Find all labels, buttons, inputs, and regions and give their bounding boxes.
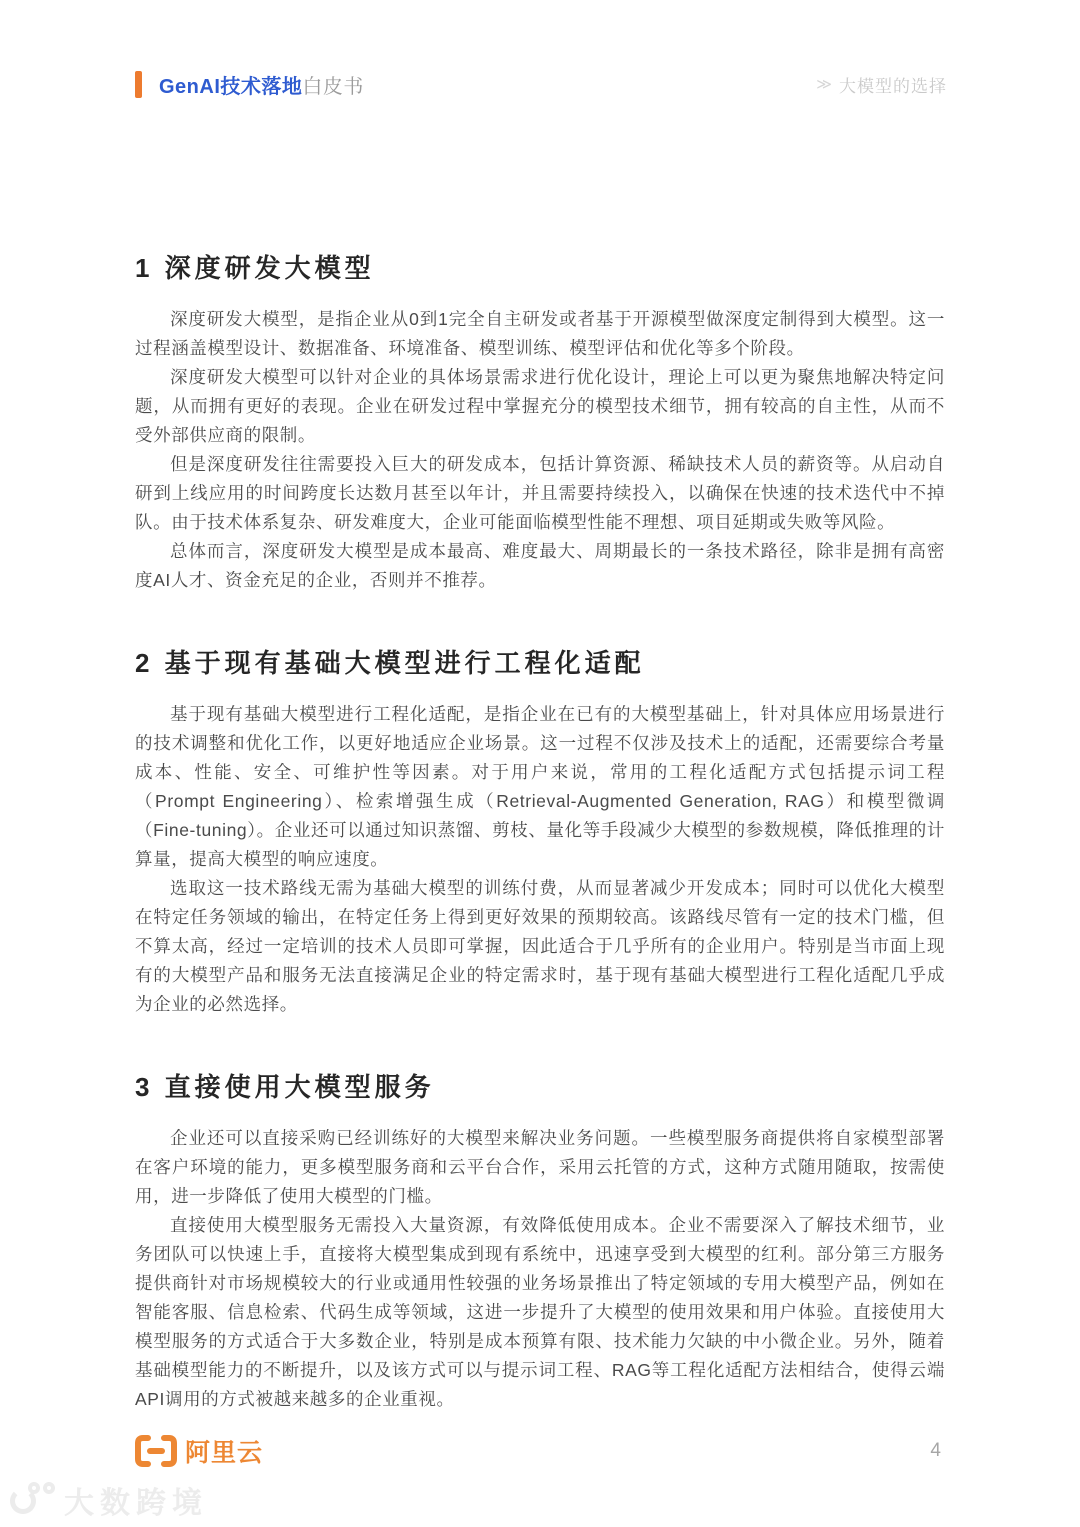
chapter-title: 大模型的选择 (839, 72, 947, 97)
paragraph: 深度研发大模型，是指企业从0到1完全自主研发或者基于开源模型做深度定制得到大模型… (135, 305, 945, 363)
paragraph: 直接使用大模型服务无需投入大量资源，有效降低使用成本。企业不需要深入了解技术细节… (135, 1211, 945, 1414)
paragraph: 总体而言，深度研发大模型是成本最高、难度最大、周期最长的一条技术路径，除非是拥有… (135, 537, 945, 595)
document-title: GenAI技术落地 白皮书 (135, 70, 364, 99)
paragraph: 深度研发大模型可以针对企业的具体场景需求进行优化设计，理论上可以更为聚焦地解决特… (135, 363, 945, 450)
chapter-breadcrumb: ≫ 大模型的选择 (816, 72, 947, 97)
paragraph: 但是深度研发往往需要投入巨大的研发成本，包括计算资源、稀缺技术人员的薪资等。从启… (135, 450, 945, 537)
section-heading: 1 深度研发大模型 (135, 248, 945, 285)
document-body: 1 深度研发大模型 深度研发大模型，是指企业从0到1完全自主研发或者基于开源模型… (135, 248, 945, 1414)
accent-bar (135, 71, 142, 98)
paragraph: 选取这一技术路线无需为基础大模型的训练付费，从而显著减少开发成本；同时可以优化大… (135, 874, 945, 1019)
watermark-text: 大数跨境 (64, 1478, 208, 1522)
paragraph: 企业还可以直接采购已经训练好的大模型来解决业务问题。一些模型服务商提供将自家模型… (135, 1124, 945, 1211)
alibaba-cloud-logo-text: 阿里云 (185, 1433, 263, 1469)
section-direct-service: 3 直接使用大模型服务 企业还可以直接采购已经训练好的大模型来解决业务问题。一些… (135, 1067, 945, 1414)
section-engineering-adaptation: 2 基于现有基础大模型进行工程化适配 基于现有基础大模型进行工程化适配，是指企业… (135, 643, 945, 1019)
watermark: 大数跨境 (10, 1478, 208, 1522)
page-number: 4 (930, 1440, 947, 1462)
document-title-primary: GenAI技术落地 (159, 70, 302, 99)
alibaba-cloud-logo: 阿里云 (133, 1432, 263, 1470)
section-heading: 3 直接使用大模型服务 (135, 1067, 945, 1104)
section-deep-rnd: 1 深度研发大模型 深度研发大模型，是指企业从0到1完全自主研发或者基于开源模型… (135, 248, 945, 595)
section-heading: 2 基于现有基础大模型进行工程化适配 (135, 643, 945, 680)
document-title-secondary: 白皮书 (302, 70, 364, 99)
chevron-right-icon: ≫ (816, 75, 831, 93)
paragraph: 基于现有基础大模型进行工程化适配，是指企业在已有的大模型基础上，针对具体应用场景… (135, 700, 945, 874)
watermark-logo-icon (10, 1482, 54, 1518)
page-footer: 阿里云 4 (133, 1432, 947, 1470)
alibaba-cloud-brackets-icon (133, 1432, 179, 1470)
page-header: GenAI技术落地 白皮书 ≫ 大模型的选择 (135, 68, 947, 100)
